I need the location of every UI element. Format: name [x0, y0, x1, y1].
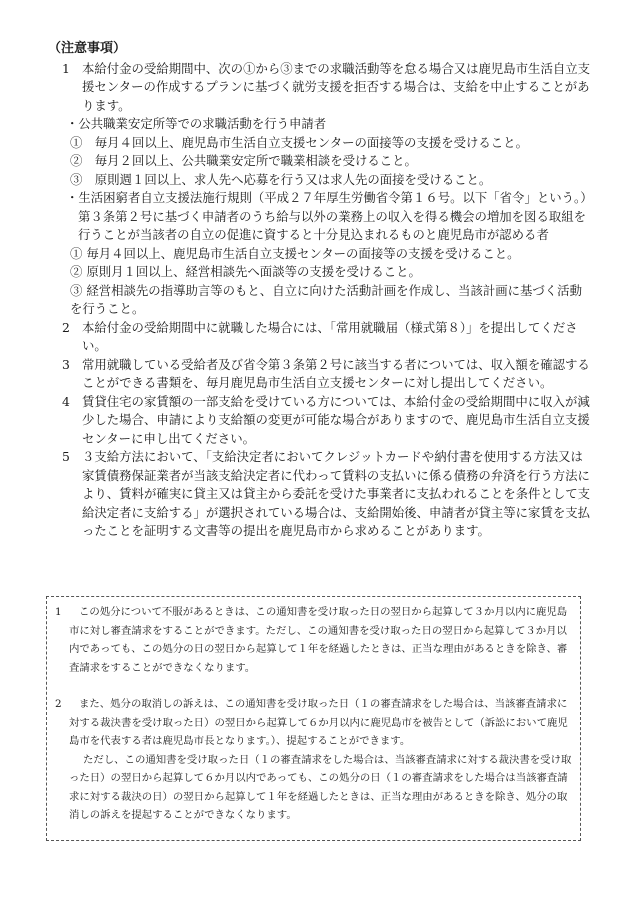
appeal-item-2-continuation: ただし、この通知書を受け取った日（１の審査請求をした場合は、当該審査請求に対する…	[55, 751, 572, 825]
note-text: 本給付金の受給期間中に就職した場合には、「常用就職届（様式第８）」を提出してくだ…	[82, 320, 578, 354]
note-item-2: 2本給付金の受給期間中に就職した場合には、「常用就職届（様式第８）」を提出してく…	[48, 319, 592, 356]
note-text: 賃貸住宅の家賃額の一部支給を受けている方については、本給付金の受給期間中に収入が…	[82, 394, 590, 446]
condition-group-2-heading: ・生活困窮者自立支援法施行規則（平成２７年厚生労働省令第１６号。以下「省令」とい…	[48, 189, 592, 245]
note-number: 1	[62, 60, 82, 79]
appeal-text: この処分について不服があるときは、この通知書を受け取った日の翌日から起算して３か…	[69, 606, 567, 674]
appeal-item-1: 1この処分について不服があるときは、この通知書を受け取った日の翌日から起算して３…	[55, 603, 572, 677]
condition-item: ③ 経営相談先の指導助言等のもと、自立に向けた活動計画を作成し、当該計画に基づく…	[48, 282, 592, 319]
note-number: 5	[62, 448, 82, 467]
note-number: 4	[62, 393, 82, 412]
appeal-number: 1	[55, 603, 79, 622]
appeal-text: また、処分の取消しの訴えは、この通知書を受け取った日（１の審査請求をした場合は、…	[69, 698, 568, 747]
note-text: ３支給方法において、「支給決定者においてクレジットカードや納付書を使用する方法又…	[82, 449, 590, 538]
note-text: 常用就職している受給者及び省令第３条第２号に該当する者については、収入額を確認す…	[82, 357, 590, 391]
condition-item: ③ 原則週１回以上、求人先へ応募を行う又は求人先の面接を受けること。	[48, 171, 592, 190]
note-number: 3	[62, 356, 82, 375]
condition-item: ② 毎月２回以上、公共職業安定所で職業相談を受けること。	[48, 152, 592, 171]
appeal-item-2: 2また、処分の取消しの訴えは、この通知書を受け取った日（１の審査請求をした場合は…	[55, 695, 572, 751]
note-item-5: 5３支給方法において、「支給決定者においてクレジットカードや納付書を使用する方法…	[48, 448, 592, 541]
condition-item: ① 毎月４回以上、鹿児島市生活自立支援センターの面接等の支援を受けること。	[48, 245, 592, 264]
condition-item: ② 原則月１回以上、経営相談先へ面談等の支援を受けること。	[48, 263, 592, 282]
appeal-number: 2	[55, 695, 79, 714]
condition-group-1-heading: ・公共職業安定所等での求職活動を行う申請者	[48, 115, 592, 134]
note-item-4: 4賃貸住宅の家賃額の一部支給を受けている方については、本給付金の受給期間中に収入…	[48, 393, 592, 449]
condition-item: ① 毎月４回以上、鹿児島市生活自立支援センターの面接等の支援を受けること。	[48, 134, 592, 153]
notes-title: （注意事項）	[48, 40, 592, 59]
note-number: 2	[62, 319, 82, 338]
appeal-notice-box: 1この処分について不服があるときは、この通知書を受け取った日の翌日から起算して３…	[46, 596, 581, 841]
note-item-3: 3常用就職している受給者及び省令第３条第２号に該当する者については、収入額を確認…	[48, 356, 592, 393]
notes-section: （注意事項） 1本給付金の受給期間中、次の①から③までの求職活動等を怠る場合又は…	[48, 40, 592, 541]
spacer	[55, 677, 572, 695]
document-page: （注意事項） 1本給付金の受給期間中、次の①から③までの求職活動等を怠る場合又は…	[0, 0, 630, 903]
note-item-1: 1本給付金の受給期間中、次の①から③までの求職活動等を怠る場合又は鹿児島市生活自…	[48, 60, 592, 116]
note-text: 本給付金の受給期間中、次の①から③までの求職活動等を怠る場合又は鹿児島市生活自立…	[82, 61, 590, 113]
